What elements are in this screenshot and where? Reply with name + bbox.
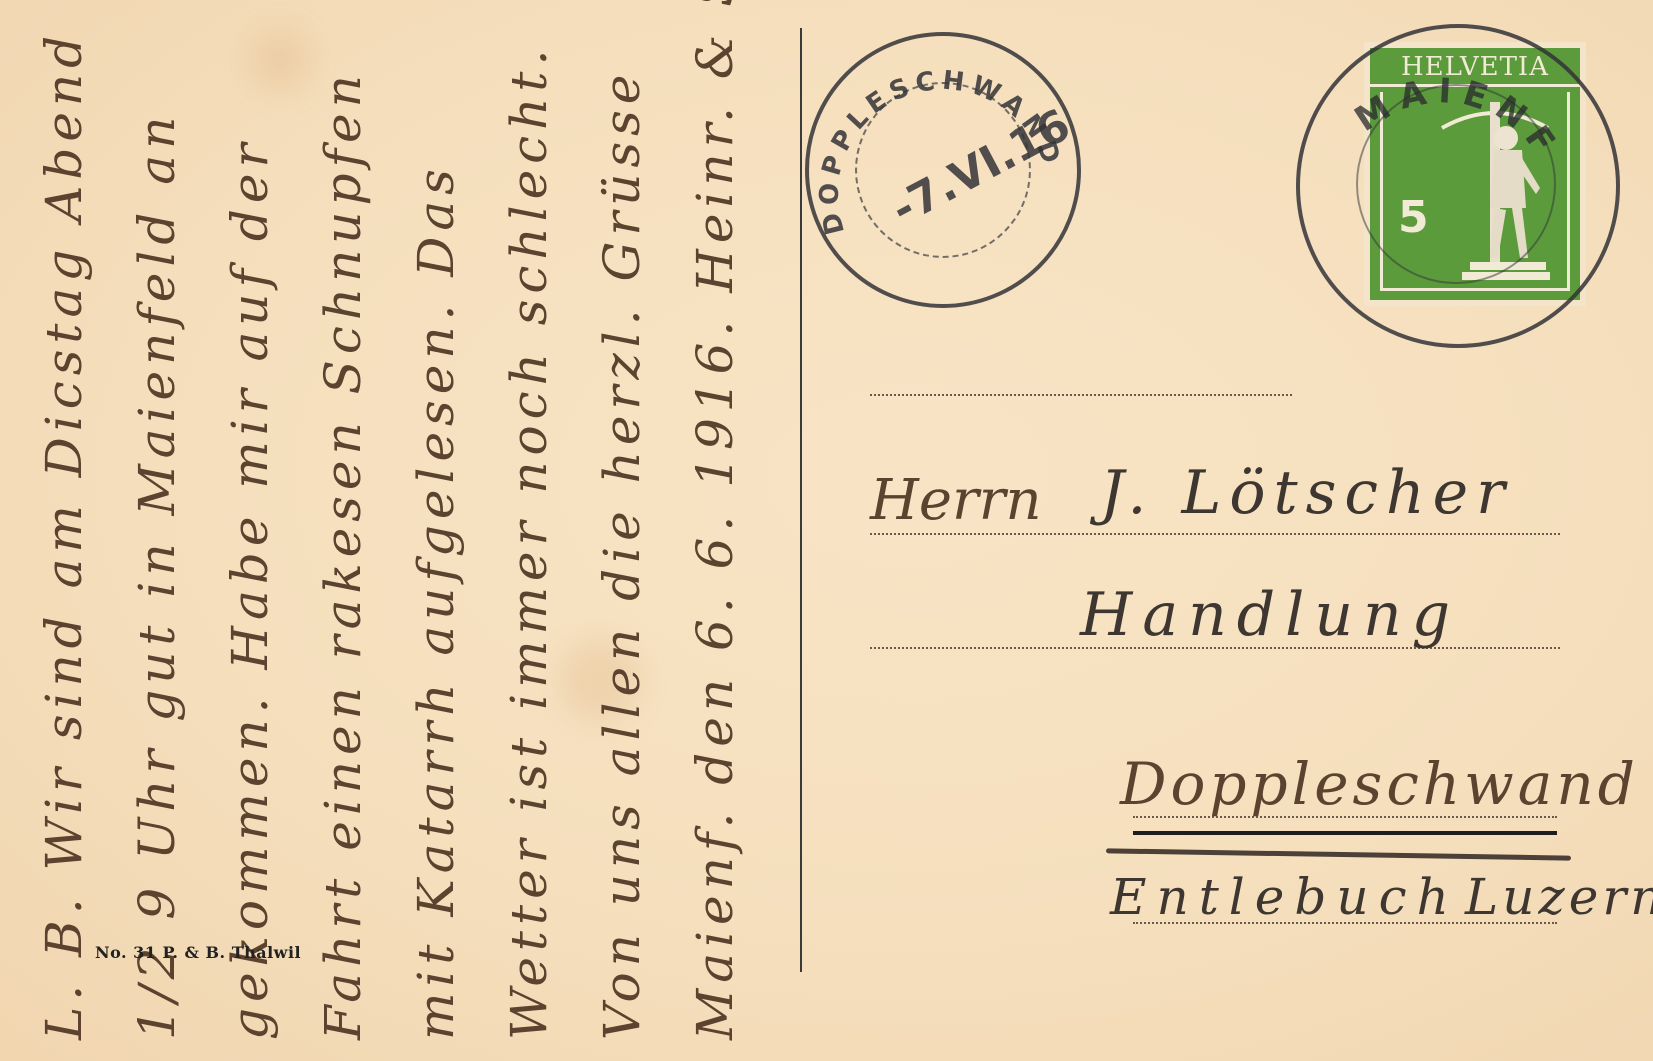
handwritten-message: L. B. Wir sind am Dicstag Abend 1/2 9 Uh…	[18, 10, 798, 1040]
message-line: gekommen. Habe mir auf der	[204, 10, 297, 1040]
address-recipient-name: J. Lötscher	[1100, 458, 1513, 528]
center-divider-line	[800, 28, 802, 972]
postmark-ring-text: MAIENFELD	[1296, 24, 1620, 348]
address-printed-rule	[1133, 831, 1557, 835]
message-line: Maienf. den 6. 6. 1916. Heinr. & Schw. M…	[669, 10, 762, 1040]
address-district: Entlebuch	[1110, 868, 1459, 926]
handwritten-underline	[1106, 848, 1571, 860]
publisher-imprint: No. 31 P. & B. Thalwil	[95, 943, 301, 962]
address-line-1	[870, 394, 1292, 396]
message-line: L. B. Wir sind am Dicstag Abend	[18, 10, 111, 1040]
message-line: Fahrt einen rakesen Schnupfen	[297, 10, 390, 1040]
message-line: Von uns allen die herzl. Grüsse	[576, 10, 669, 1040]
postcard-back: L. B. Wir sind am Dicstag Abend 1/2 9 Uh…	[0, 0, 1653, 1061]
address-town: Doppleschwand	[1120, 750, 1639, 818]
address-line-2	[870, 533, 1560, 535]
message-line: Wetter ist immer noch schlecht.	[483, 10, 576, 1040]
message-line: mit Katarrh aufgelesen. Das	[390, 10, 483, 1040]
address-business: Handlung	[1080, 580, 1460, 650]
message-line: 1/2 9 Uhr gut in Maienfeld an	[111, 10, 204, 1040]
address-salutation: Herrn	[870, 468, 1042, 533]
address-canton: Luzern	[1465, 868, 1653, 926]
svg-text:MAIENFELD: MAIENFELD	[1296, 24, 1568, 169]
